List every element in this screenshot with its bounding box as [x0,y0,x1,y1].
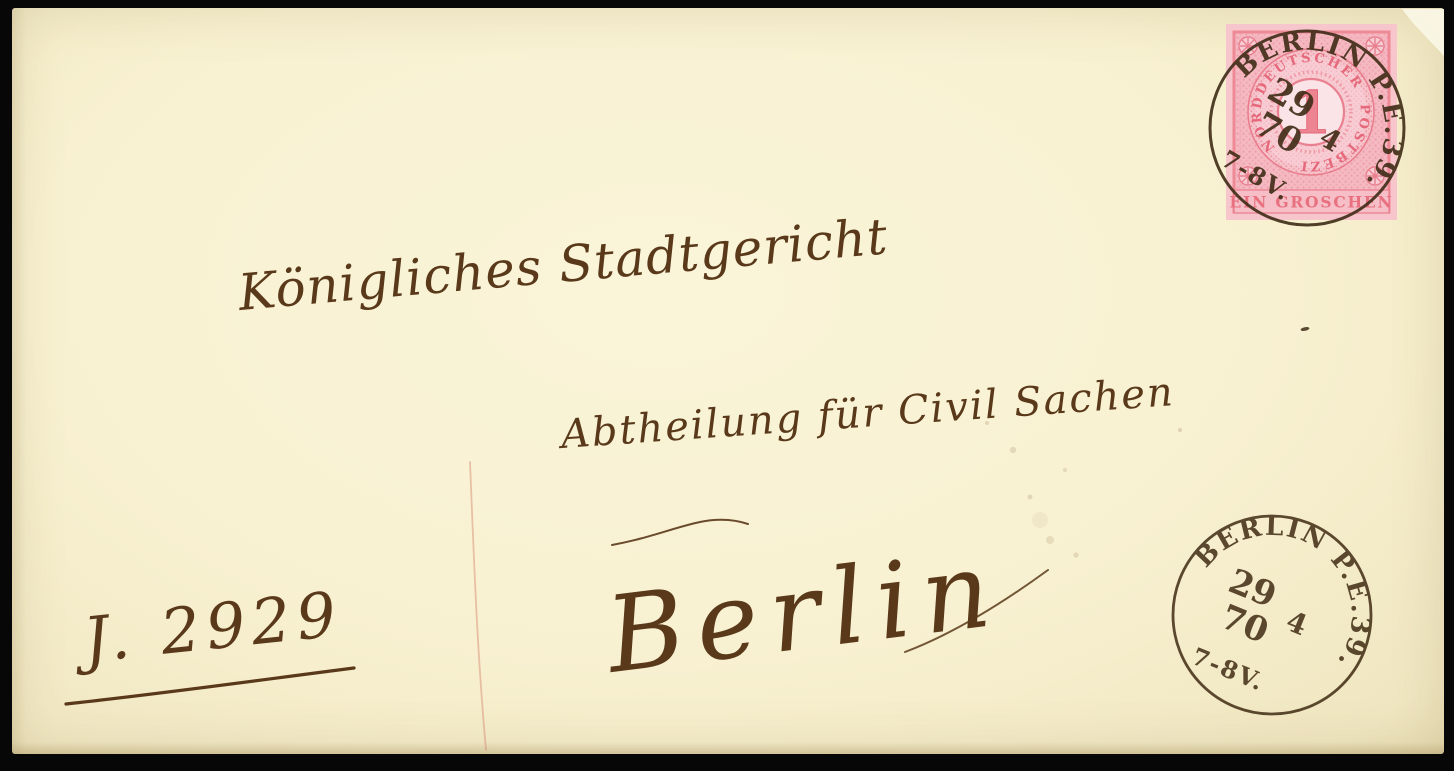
postmark-lower-right: BERLIN P.E.39. 29 4 70 7-8V. [1173,512,1375,714]
postage-stamp: NORDDEUTSCHER POSTBEZIRK 1 EIN GROSCHEN [0,0,1397,220]
handwritten-address: Königliches Stadtgericht Abtheilung für … [235,207,1176,697]
postmark-month: 4 [1281,604,1311,642]
docket-number: J. 2929 [69,577,345,678]
dash-flourish [612,520,748,545]
ink-speck [1300,326,1310,331]
paper-edge-highlight [1402,9,1444,56]
postmark-date-block: 29 4 70 7-8V. [1188,559,1319,704]
stamp-inscription: NORDDEUTSCHER POSTBEZIRK [0,0,1372,173]
scanned-postal-cover: { "colors": { "backdrop": "#070707", "pa… [0,0,1454,771]
address-line1: Königliches Stadtgericht [235,207,890,322]
paper-crease-line [470,462,486,750]
docket-annotation: J. 2929 [66,577,354,704]
address-line2: Abtheilung für Civil Sachen [555,369,1176,458]
address-city: Berlin [598,527,1008,697]
cover-artwork: NORDDEUTSCHER POSTBEZIRK 1 EIN GROSCHEN … [0,0,1454,771]
